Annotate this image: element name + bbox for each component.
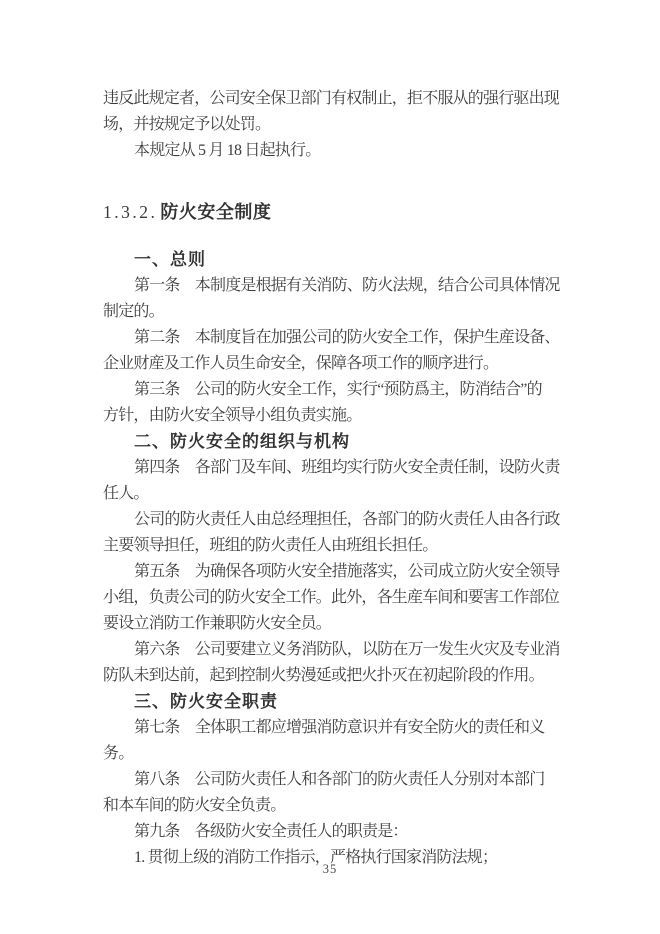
paragraph-line: 和本车间的防火安全负责。 — [103, 793, 573, 819]
paragraph-line: 场，并按规定予以处罚。 — [103, 112, 573, 138]
paragraph-line: 防队未到达前，起到控制火势漫延或把火扑灭在初起阶段的作用。 — [103, 663, 573, 689]
paragraph-line: 主要领导担任，班组的防火责任人由班组长担任。 — [103, 533, 573, 559]
document-content: 违反此规定者，公司安全保卫部门有权制止，拒不服从的强行驱出现场，并按规定予以处罚… — [103, 86, 573, 871]
paragraph-line: 第七条 全体职工都应增强消防意识并有安全防火的责任和义 — [103, 715, 573, 741]
paragraph-line: 第九条 各级防火安全责任人的职责是： — [103, 819, 573, 845]
paragraph-line: 违反此规定者，公司安全保卫部门有权制止，拒不服从的强行驱出现 — [103, 86, 573, 112]
paragraph-line: 第一条 本制度是根据有关消防、防火法规，结合公司具体情况 — [103, 273, 573, 299]
paragraph-line: 小组，负责公司的防火安全工作。此外，各生産车间和要害工作部位 — [103, 585, 573, 611]
section-heading: 一、总则 — [103, 247, 573, 273]
paragraph-line: 第八条 公司防火责任人和各部门的防火责任人分别对本部门 — [103, 767, 573, 793]
paragraph-line: 第三条 公司的防火安全工作，实行“预防爲主，防消结合”的 — [103, 377, 573, 403]
paragraph-line: 本规定从 5 月 18 日起执行。 — [103, 138, 573, 164]
paragraph-line: 第二条 本制度旨在加强公司的防火安全工作，保护生産设备、 — [103, 325, 573, 351]
paragraph-line: 制定的。 — [103, 299, 573, 325]
paragraph-line: 第四条 各部门及车间、班组均实行防火安全责任制，设防火责 — [103, 455, 573, 481]
heading-title: 防火安全制度 — [160, 202, 271, 222]
paragraph-line: 第五条 为确保各项防火安全措施落实，公司成立防火安全领导 — [103, 559, 573, 585]
paragraph-line: 企业财産及工作人员生命安全，保障各项工作的顺序进行。 — [103, 351, 573, 377]
document-page: 违反此规定者，公司安全保卫部门有权制止，拒不服从的强行驱出现场，并按规定予以处罚… — [0, 0, 660, 934]
section-heading: 三、防火安全职责 — [103, 689, 573, 715]
paragraph-line: 要设立消防工作兼职防火安全员。 — [103, 611, 573, 637]
heading-number: 1.3.2. — [103, 202, 157, 222]
paragraph-line: 方针，由防火安全领导小组负责实施。 — [103, 403, 573, 429]
paragraph-line: 第六条 公司要建立义务消防队，以防在万一发生火灾及专业消 — [103, 637, 573, 663]
paragraph-line: 任人。 — [103, 481, 573, 507]
section-heading: 二、防火安全的组织与机构 — [103, 429, 573, 455]
document-heading: 1.3.2.防火安全制度 — [103, 199, 573, 225]
paragraph-line: 公司的防火责任人由总经理担任，各部门的防火责任人由各行政 — [103, 507, 573, 533]
paragraph-line: 务。 — [103, 741, 573, 767]
page-number: 35 — [0, 862, 660, 877]
